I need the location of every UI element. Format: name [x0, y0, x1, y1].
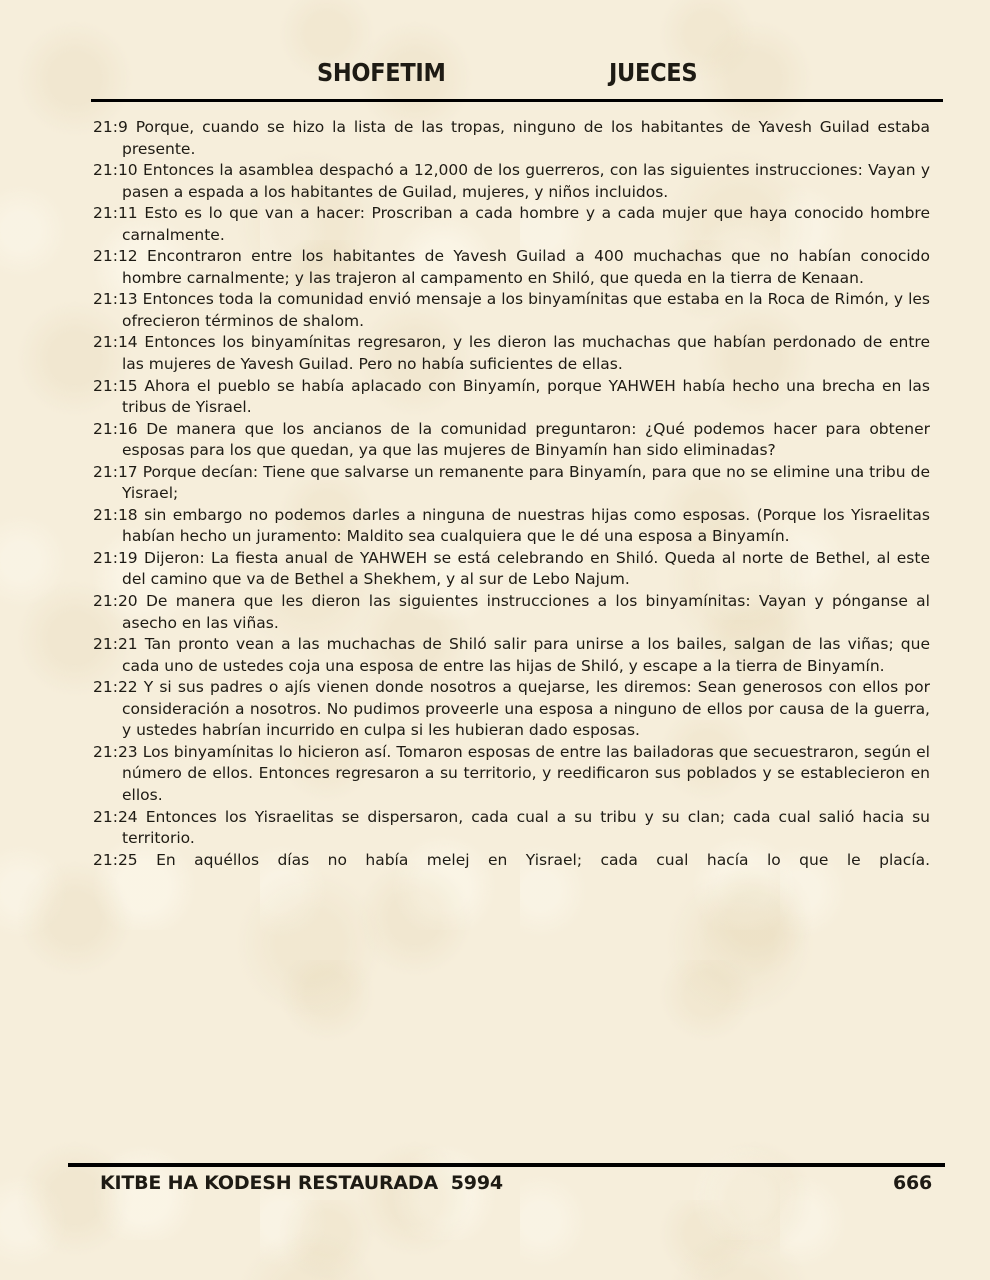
header-title-hebrew: SHOFETIM — [317, 58, 446, 87]
header-rule — [91, 99, 943, 102]
page-header: SHOFETIM JUECES — [0, 0, 990, 100]
verse-21-19: 21:19 Dijeron: La fiesta anual de YAHWEH… — [93, 548, 930, 591]
page-footer: KITBE HA KODESH RESTAURADA 5994 666 — [100, 1172, 932, 1194]
footer-rule — [68, 1163, 945, 1167]
verse-21-14: 21:14 Entonces los binyamínitas regresar… — [93, 332, 930, 375]
verse-21-10: 21:10 Entonces la asamblea despachó a 12… — [93, 160, 930, 203]
footer-book-title: KITBE HA KODESH RESTAURADA 5994 — [100, 1172, 503, 1194]
verse-21-13: 21:13 Entonces toda la comunidad envió m… — [93, 289, 930, 332]
verse-21-21: 21:21 Tan pronto vean a las muchachas de… — [93, 634, 930, 677]
footer-page-number: 666 — [893, 1172, 932, 1194]
header-title-spanish: JUECES — [609, 58, 697, 87]
document-page: SHOFETIM JUECES 21:9 Porque, cuando se h… — [0, 0, 990, 1280]
verse-21-12: 21:12 Encontraron entre los habitantes d… — [93, 246, 930, 289]
verse-21-22: 21:22 Y si sus padres o ajís vienen dond… — [93, 677, 930, 742]
verse-21-9: 21:9 Porque, cuando se hizo la lista de … — [93, 117, 930, 160]
verses-body: 21:9 Porque, cuando se hizo la lista de … — [93, 117, 930, 871]
verse-21-15: 21:15 Ahora el pueblo se había aplacado … — [93, 376, 930, 419]
verse-21-16: 21:16 De manera que los ancianos de la c… — [93, 419, 930, 462]
verse-21-11: 21:11 Esto es lo que van a hacer: Proscr… — [93, 203, 930, 246]
verse-21-20: 21:20 De manera que les dieron las sigui… — [93, 591, 930, 634]
verse-21-23: 21:23 Los binyamínitas lo hicieron así. … — [93, 742, 930, 807]
verse-21-24: 21:24 Entonces los Yisraelitas se disper… — [93, 807, 930, 850]
verse-21-17: 21:17 Porque decían: Tiene que salvarse … — [93, 462, 930, 505]
verse-21-25: 21:25 En aquéllos días no había melej en… — [93, 850, 930, 872]
verse-21-18: 21:18 sin embargo no podemos darles a ni… — [93, 505, 930, 548]
